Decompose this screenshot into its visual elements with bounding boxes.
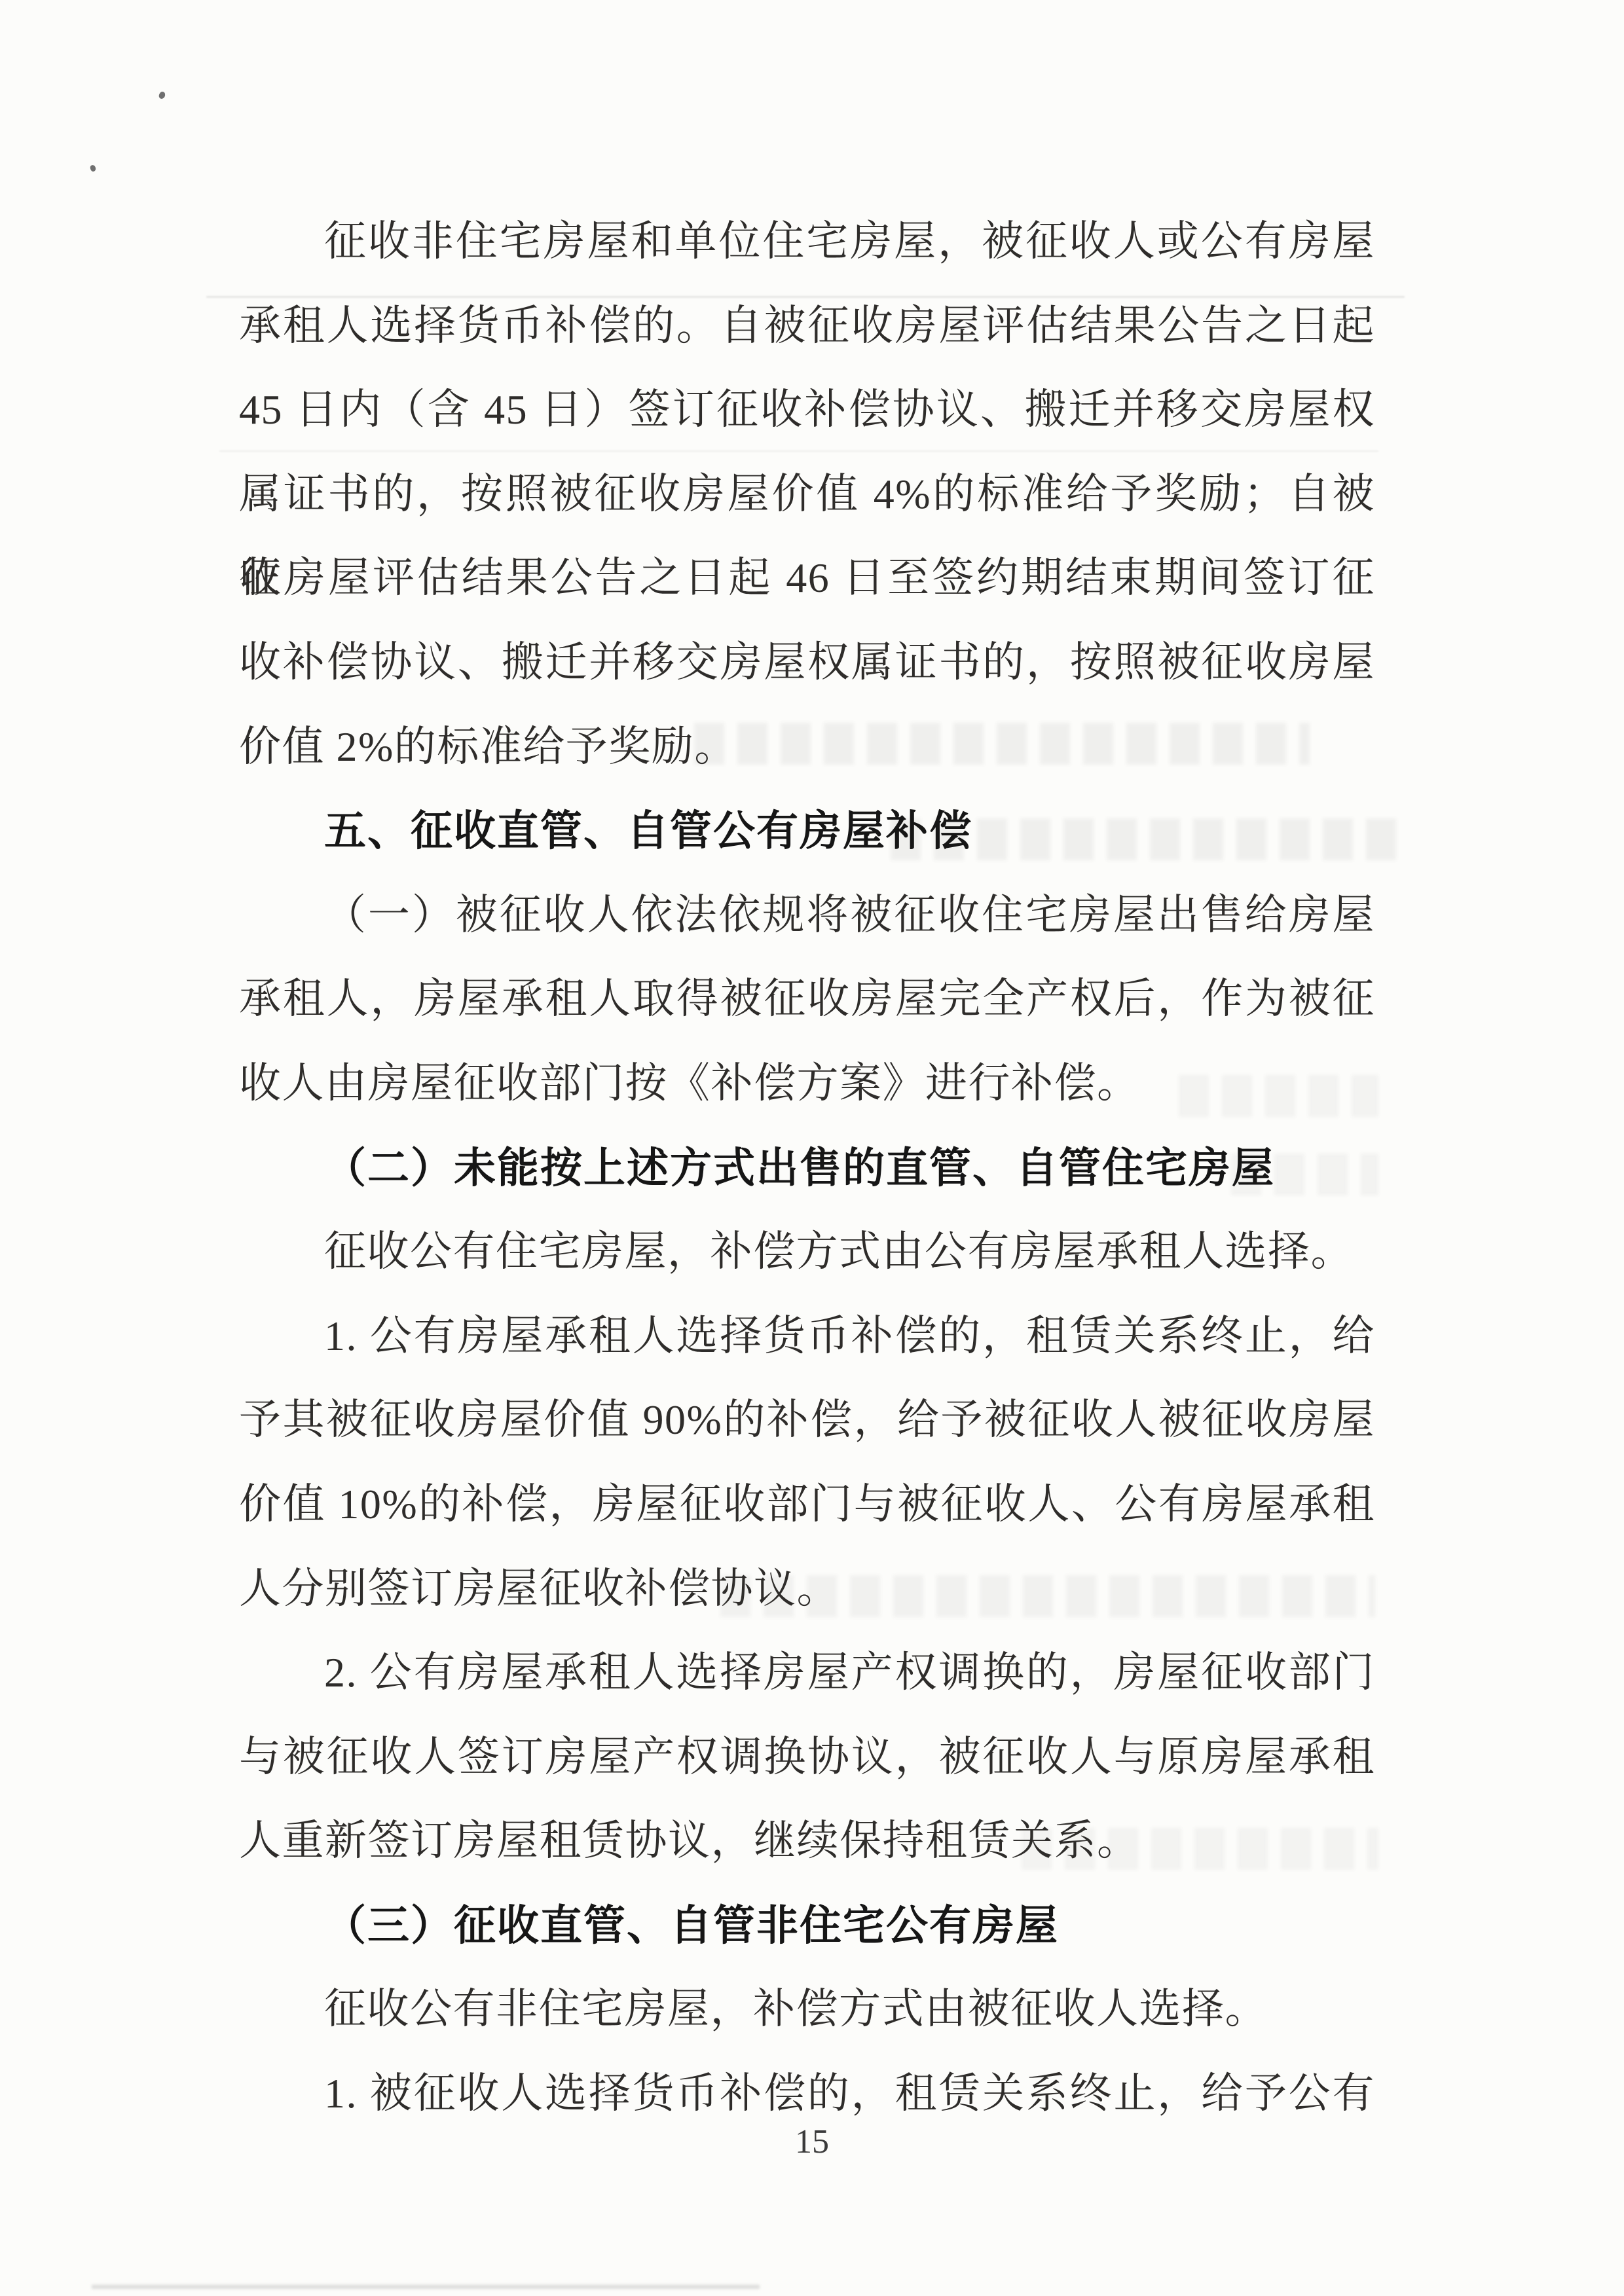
- document-body: 征收非住宅房屋和单位住宅房屋，被征收人或公有房屋 承租人选择货币补偿的。自被征收…: [239, 200, 1375, 2136]
- text-line: 价值 2%的标准给予奖励。: [239, 705, 1375, 790]
- text-line: 征收公有非住宅房屋，补偿方式由被征收人选择。: [239, 1967, 1375, 2052]
- scan-speck: [158, 91, 166, 100]
- text-line: 征收公有住宅房屋，补偿方式由公有房屋承租人选择。: [239, 1210, 1375, 1294]
- text-line: 属证书的，按照被征收房屋价值 4%的标准给予奖励；自被征: [239, 452, 1375, 537]
- text-line: 承租人选择货币补偿的。自被征收房屋评估结果公告之日起: [239, 284, 1375, 369]
- text-line: 收人由房屋征收部门按《补偿方案》进行补偿。: [239, 1042, 1375, 1126]
- text-line: 人分别签订房屋征收补偿协议。: [239, 1547, 1375, 1631]
- subsection-heading: （三）征收直管、自管非住宅公有房屋: [239, 1884, 1375, 1968]
- section-heading: 五、征收直管、自管公有房屋补偿: [239, 789, 1375, 873]
- text-line: 收房屋评估结果公告之日起 46 日至签约期结束期间签订征: [239, 536, 1375, 621]
- text-line: （一）被征收人依法依规将被征收住宅房屋出售给房屋: [239, 873, 1375, 958]
- subsection-heading: （二）未能按上述方式出售的直管、自管住宅房屋: [239, 1126, 1375, 1211]
- text-line: 人重新签订房屋租赁协议，继续保持租赁关系。: [239, 1799, 1375, 1884]
- scanned-document-page: 征收非住宅房屋和单位住宅房屋，被征收人或公有房屋 承租人选择货币补偿的。自被征收…: [0, 0, 1624, 2296]
- text-line: 1. 公有房屋承租人选择货币补偿的，租赁关系终止，给: [239, 1294, 1375, 1379]
- page-number: 15: [0, 2123, 1624, 2161]
- text-line: 予其被征收房屋价值 90%的补偿，给予被征收人被征收房屋: [239, 1378, 1375, 1463]
- text-line: 征收非住宅房屋和单位住宅房屋，被征收人或公有房屋: [239, 200, 1375, 284]
- text-line: 45 日内（含 45 日）签订征收补偿协议、搬迁并移交房屋权: [239, 368, 1375, 452]
- text-line: 收补偿协议、搬迁并移交房屋权属证书的，按照被征收房屋: [239, 621, 1375, 705]
- text-line: 2. 公有房屋承租人选择房屋产权调换的，房屋征收部门: [239, 1631, 1375, 1715]
- text-line: 承租人，房屋承租人取得被征收房屋完全产权后，作为被征: [239, 957, 1375, 1042]
- text-line: 价值 10%的补偿，房屋征收部门与被征收人、公有房屋承租: [239, 1463, 1375, 1547]
- text-line: 与被征收人签订房屋产权调换协议，被征收人与原房屋承租: [239, 1715, 1375, 1800]
- scan-speck: [90, 164, 96, 172]
- scan-streak: [92, 2285, 760, 2289]
